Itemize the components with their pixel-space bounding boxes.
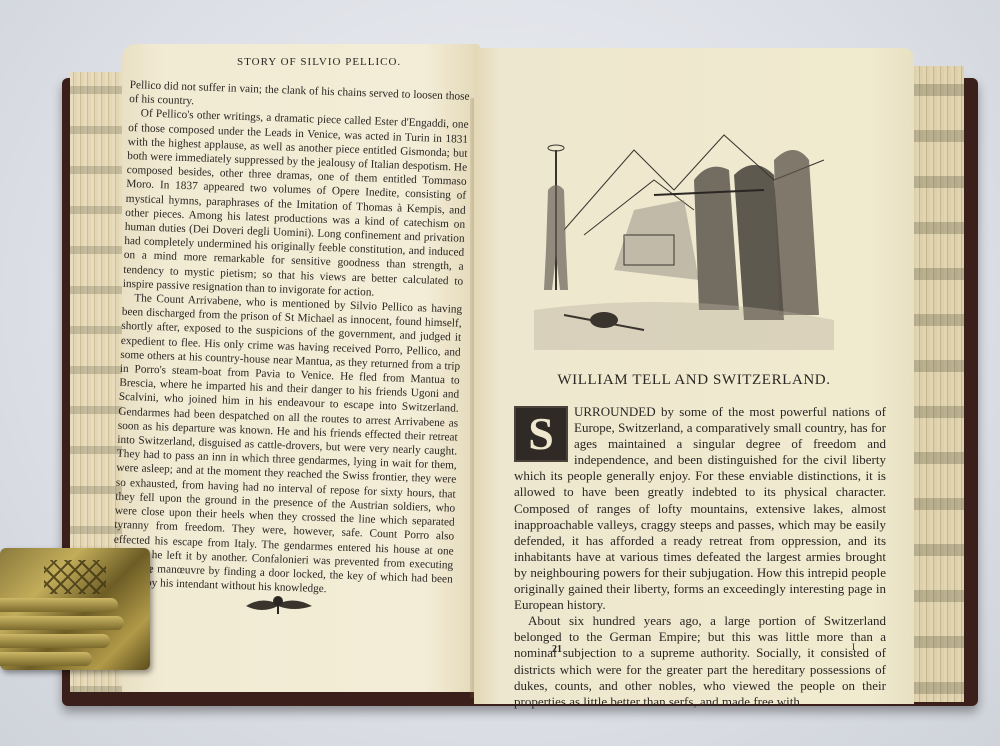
right-page-body: S URROUNDED by some of the most powerful… [514,404,886,710]
brass-hand-bookweight [0,548,150,670]
finger-icon [0,598,118,612]
right-page: WILLIAM TELL AND SWITZERLAND. S URROUNDE… [474,48,914,704]
finger-icon [0,616,124,630]
paragraph: About six hundred years ago, a large por… [514,613,886,710]
page-number: 21 [552,644,562,655]
paragraph: The Count Arrivabene, who is mentioned b… [112,291,462,601]
finger-icon [0,634,110,648]
running-head: STORY OF SILVIO PELLICO. [237,56,401,68]
paragraph: URROUNDED by some of the most powerful n… [514,404,886,613]
paragraph: Of Pellico's other writings, a dramatic … [123,106,469,302]
left-page: STORY OF SILVIO PELLICO. Pellico did not… [122,44,480,692]
signature-mark: I [852,642,855,652]
chapter-title: WILLIAM TELL AND SWITZERLAND. [474,372,914,389]
drop-cap: S [514,406,568,462]
william-tell-engraving-icon [524,120,844,350]
finger-icon [0,652,92,666]
lattice-cuff-icon [44,560,106,594]
floral-ornament-icon [244,592,314,616]
left-page-body: Pellico did not suffer in vain; the clan… [112,78,470,601]
